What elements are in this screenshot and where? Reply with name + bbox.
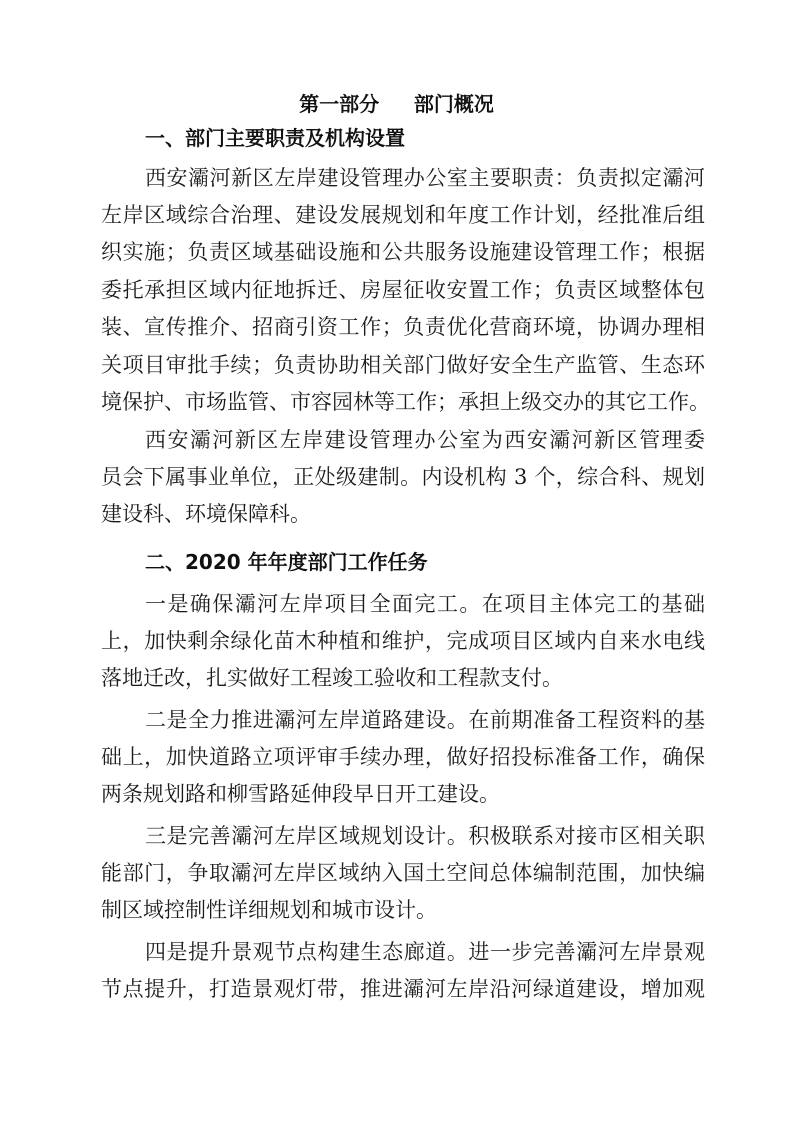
text-line: 装、宣传推介、招商引资工作；负责优化营商环境，协调办理相 — [101, 313, 705, 341]
text-line: 三是完善灞河左岸区域规划设计。积极联系对接市区相关职 — [145, 822, 705, 850]
text-line: 两条规划路和柳雪路延伸段早日开工建设。 — [101, 780, 705, 808]
text-line: 节点提升，打造景观灯带，推进灞河左岸沿河绿道建设，增加观 — [101, 975, 705, 1003]
text-line: 四是提升景观节点构建生态廊道。进一步完善灞河左岸景观 — [145, 938, 705, 966]
text-line: 西安灞河新区左岸建设管理办公室主要职责：负责拟定灞河 — [145, 164, 705, 192]
text-line: 织实施；负责区域基础设施和公共服务设施建设管理工作；根据 — [101, 238, 705, 266]
text-line: 础上，加快道路立项评审手续办理，做好招投标准备工作，确保 — [101, 743, 705, 771]
text-line: 境保护、市场监管、市容园林等工作；承担上级交办的其它工作。 — [101, 388, 705, 416]
text-line: 落地迁改，扎实做好工程竣工验收和工程款支付。 — [101, 664, 705, 692]
text-line: 员会下属事业单位，正处级建制。内设机构 3 个，综合科、规划 — [101, 463, 705, 491]
text-line: 二是全力推进灞河左岸道路建设。在前期准备工程资料的基 — [145, 706, 705, 734]
text-line: 左岸区域综合治理、建设发展规划和年度工作计划，经批准后组 — [101, 201, 705, 229]
page-title: 第一部分 部门概况 — [0, 88, 793, 117]
section-heading-2: 二、2020 年年度部门工作任务 — [145, 548, 428, 576]
text-line: 制区域控制性详细规划和城市设计。 — [101, 896, 705, 924]
text-line: 上，加快剩余绿化苗木种植和维护，完成项目区域内自来水电线 — [101, 627, 705, 655]
text-line: 一是确保灞河左岸项目全面完工。在项目主体完工的基础 — [145, 590, 705, 618]
text-line: 能部门，争取灞河左岸区域纳入国土空间总体编制范围，加快编 — [101, 859, 705, 887]
text-line: 委托承担区域内征地拆迁、房屋征收安置工作；负责区域整体包 — [101, 276, 705, 304]
text-line: 关项目审批手续；负责协助相关部门做好安全生产监管、生态环 — [101, 351, 705, 379]
text-line: 建设科、环境保障科。 — [101, 500, 705, 528]
document-page: 第一部分 部门概况 一、部门主要职责及机构设置 西安灞河新区左岸建设管理办公室主… — [0, 0, 793, 1122]
text-line: 西安灞河新区左岸建设管理办公室为西安灞河新区管理委 — [145, 426, 705, 454]
section-heading-1: 一、部门主要职责及机构设置 — [145, 124, 405, 152]
